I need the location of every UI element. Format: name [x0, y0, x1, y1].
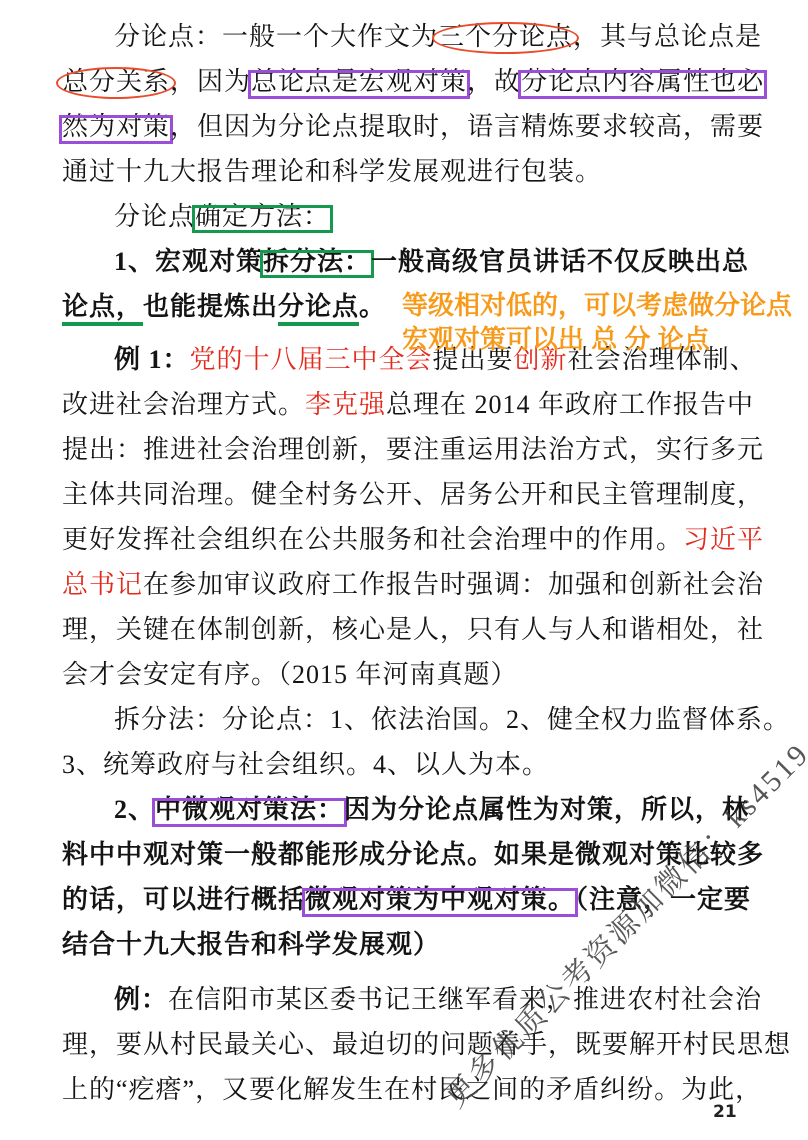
text-line: 理，要从村民最关心、最迫切的问题着手，既要解开村民思想 [62, 1022, 752, 1067]
paragraph-5: 拆分法：分论点：1、依法治国。2、健全权力监督体系。3、统筹政府与社会组织。4、… [62, 697, 752, 787]
text-segment: 分论点：一般一个大作文为 [114, 22, 438, 51]
text-segment: 结合十九大报告和科学发展观） [62, 930, 440, 959]
green-underlined-text: 论点， [62, 292, 143, 326]
text-segment: 因为分论点属性为对策，所以，林 [344, 795, 749, 824]
text-segment: 上的“疙瘩”，又要化解发生在村民之间的矛盾纠纷。为此， [62, 1075, 762, 1104]
text-segment: 提出：推进社会治理创新，要注重运用法治方式，实行多元 [62, 435, 764, 464]
text-segment: 拆分法：分论点：1、依法治国。2、健全权力监督体系。 [114, 705, 790, 734]
text-line: 1、宏观对策拆分法：一般高级官员讲话不仅反映出总 [62, 239, 752, 284]
text-segment: ，因为 [170, 67, 251, 96]
text-line: 然为对策，但因为分论点提取时，语言精炼要求较高，需要 [62, 104, 752, 149]
text-segment: 2、 [114, 795, 155, 824]
text-line: 的话，可以进行概括微观对策为中观对策。（注意，一定要 [62, 877, 752, 922]
text-segment: 3、统筹政府与社会组织。4、以人为本。 [62, 750, 549, 779]
paragraph-1: 分论点：一般一个大作文为三个分论点，其与总论点是总分关系，因为总论点是宏观对策，… [62, 14, 752, 194]
document-page: 分论点：一般一个大作文为三个分论点，其与总论点是总分关系，因为总论点是宏观对策，… [0, 0, 808, 1140]
text-segment: 在信阳市某区委书记王继军看来，推进农村社会治 [168, 985, 762, 1014]
purple-boxed-text: 分论点内容属性也必 [521, 67, 764, 96]
bold-label: 例： [114, 985, 168, 1014]
text-segment: （注意，一定要 [575, 885, 751, 914]
text-line: 3、统筹政府与社会组织。4、以人为本。 [62, 742, 752, 787]
text-segment: 理，关键在体制创新，核心是人，只有人与人和谐相处，社 [62, 615, 764, 644]
text-line: 例：在信阳市某区委书记王继军看来，推进农村社会治 [62, 977, 752, 1022]
text-line: 通过十九大报告理论和科学发展观进行包装。 [62, 149, 752, 194]
text-line: 上的“疙瘩”，又要化解发生在村民之间的矛盾纠纷。为此， [62, 1067, 752, 1112]
red-highlight-text: 习近平 [683, 525, 764, 554]
paragraph-2: 分论点确定方法： [62, 194, 752, 239]
text-segment: 会才会安定有序。（2015 年河南真题） [62, 660, 518, 689]
green-boxed-text: 拆分法： [263, 247, 371, 276]
orange-annotation-line-1: 等级相对低的，可以考虑做分论点 [402, 288, 792, 322]
text-line: 分论点：一般一个大作文为三个分论点，其与总论点是 [62, 14, 752, 59]
paragraph-7: 例：在信阳市某区委书记王继军看来，推进农村社会治理，要从村民最关心、最迫切的问题… [62, 977, 752, 1112]
text-segment: ，其与总论点是 [573, 22, 762, 51]
red-highlight-text: 党的十八届三中全会 [190, 345, 433, 374]
text-line: 提出：推进社会治理创新，要注重运用法治方式，实行多元 [62, 427, 752, 472]
text-line: 主体共同治理。健全村务公开、居务公开和民主管理制度， [62, 472, 752, 517]
text-segment: 改进社会治理方式。 [62, 390, 305, 419]
text-line: 总分关系，因为总论点是宏观对策，故分论点内容属性也必 [62, 59, 752, 104]
green-boxed-text: 确定方法： [195, 202, 330, 231]
text-segment: 总理在 2014 年政府工作报告中 [386, 390, 754, 419]
text-line: 料中中观对策一般都能形成分论点。如果是微观对策比较多 [62, 832, 752, 877]
text-line: 改进社会治理方式。李克强总理在 2014 年政府工作报告中 [62, 382, 752, 427]
purple-boxed-text: 中微观对策法： [155, 795, 344, 824]
text-segment: 主体共同治理。健全村务公开、居务公开和民主管理制度， [62, 480, 764, 509]
text-segment: 1、宏观对策 [114, 247, 263, 276]
red-highlight-text: 李克强 [305, 390, 386, 419]
handwritten-orange-annotation: 等级相对低的，可以考虑做分论点 宏观对策可以出 总 分 论点 [402, 288, 792, 356]
red-highlight-text: 总书记 [62, 570, 143, 599]
text-segment: ，故 [467, 67, 521, 96]
text-segment: 在参加审议政府工作报告时强调：加强和创新社会治 [143, 570, 764, 599]
bold-label: 例 1： [114, 345, 190, 374]
text-segment: ，但因为分论点提取时，语言精炼要求较高，需要 [170, 112, 764, 141]
text-segment: 的话，可以进行概括 [62, 885, 305, 914]
purple-boxed-text: 然为对策 [62, 112, 170, 141]
text-segment: 。 [359, 292, 386, 321]
text-line: 更好发挥社会组织在公共服务和社会治理中的作用。习近平 [62, 517, 752, 562]
paragraph-6: 2、中微观对策法：因为分论点属性为对策，所以，林料中中观对策一般都能形成分论点。… [62, 787, 752, 967]
text-segment: 通过十九大报告理论和科学发展观进行包装。 [62, 157, 602, 186]
text-line: 会才会安定有序。（2015 年河南真题） [62, 652, 752, 697]
text-segment: 一般高级官员讲话不仅反映出总 [371, 247, 749, 276]
text-line: 总书记在参加审议政府工作报告时强调：加强和创新社会治 [62, 562, 752, 607]
red-circled-text: 总分关系 [62, 67, 170, 96]
page-number: 21 [713, 1102, 737, 1122]
red-circled-text: 三个分论点 [438, 22, 573, 51]
text-segment: 分论点 [114, 202, 195, 231]
document-body-text: 分论点：一般一个大作文为三个分论点，其与总论点是总分关系，因为总论点是宏观对策，… [62, 14, 752, 1112]
green-underlined-text: 分论点 [278, 292, 359, 326]
text-line: 拆分法：分论点：1、依法治国。2、健全权力监督体系。 [62, 697, 752, 742]
text-segment: 也能提炼出 [143, 292, 278, 321]
text-line: 2、中微观对策法：因为分论点属性为对策，所以，林 [62, 787, 752, 832]
text-segment: 料中中观对策一般都能形成分论点。如果是微观对策比较多 [62, 840, 764, 869]
text-segment: 更好发挥社会组织在公共服务和社会治理中的作用。 [62, 525, 683, 554]
purple-boxed-text: 总论点是宏观对策 [251, 67, 467, 96]
text-segment: 理，要从村民最关心、最迫切的问题着手，既要解开村民思想 [62, 1030, 791, 1059]
text-line: 分论点确定方法： [62, 194, 752, 239]
purple-boxed-text: 微观对策为中观对策。 [305, 885, 575, 914]
orange-annotation-line-2: 宏观对策可以出 总 分 论点 [402, 322, 792, 356]
text-line: 理，关键在体制创新，核心是人，只有人与人和谐相处，社 [62, 607, 752, 652]
text-line: 结合十九大报告和科学发展观） [62, 922, 752, 967]
paragraph-4: 例 1：党的十八届三中全会提出要创新社会治理体制、改进社会治理方式。李克强总理在… [62, 337, 752, 697]
